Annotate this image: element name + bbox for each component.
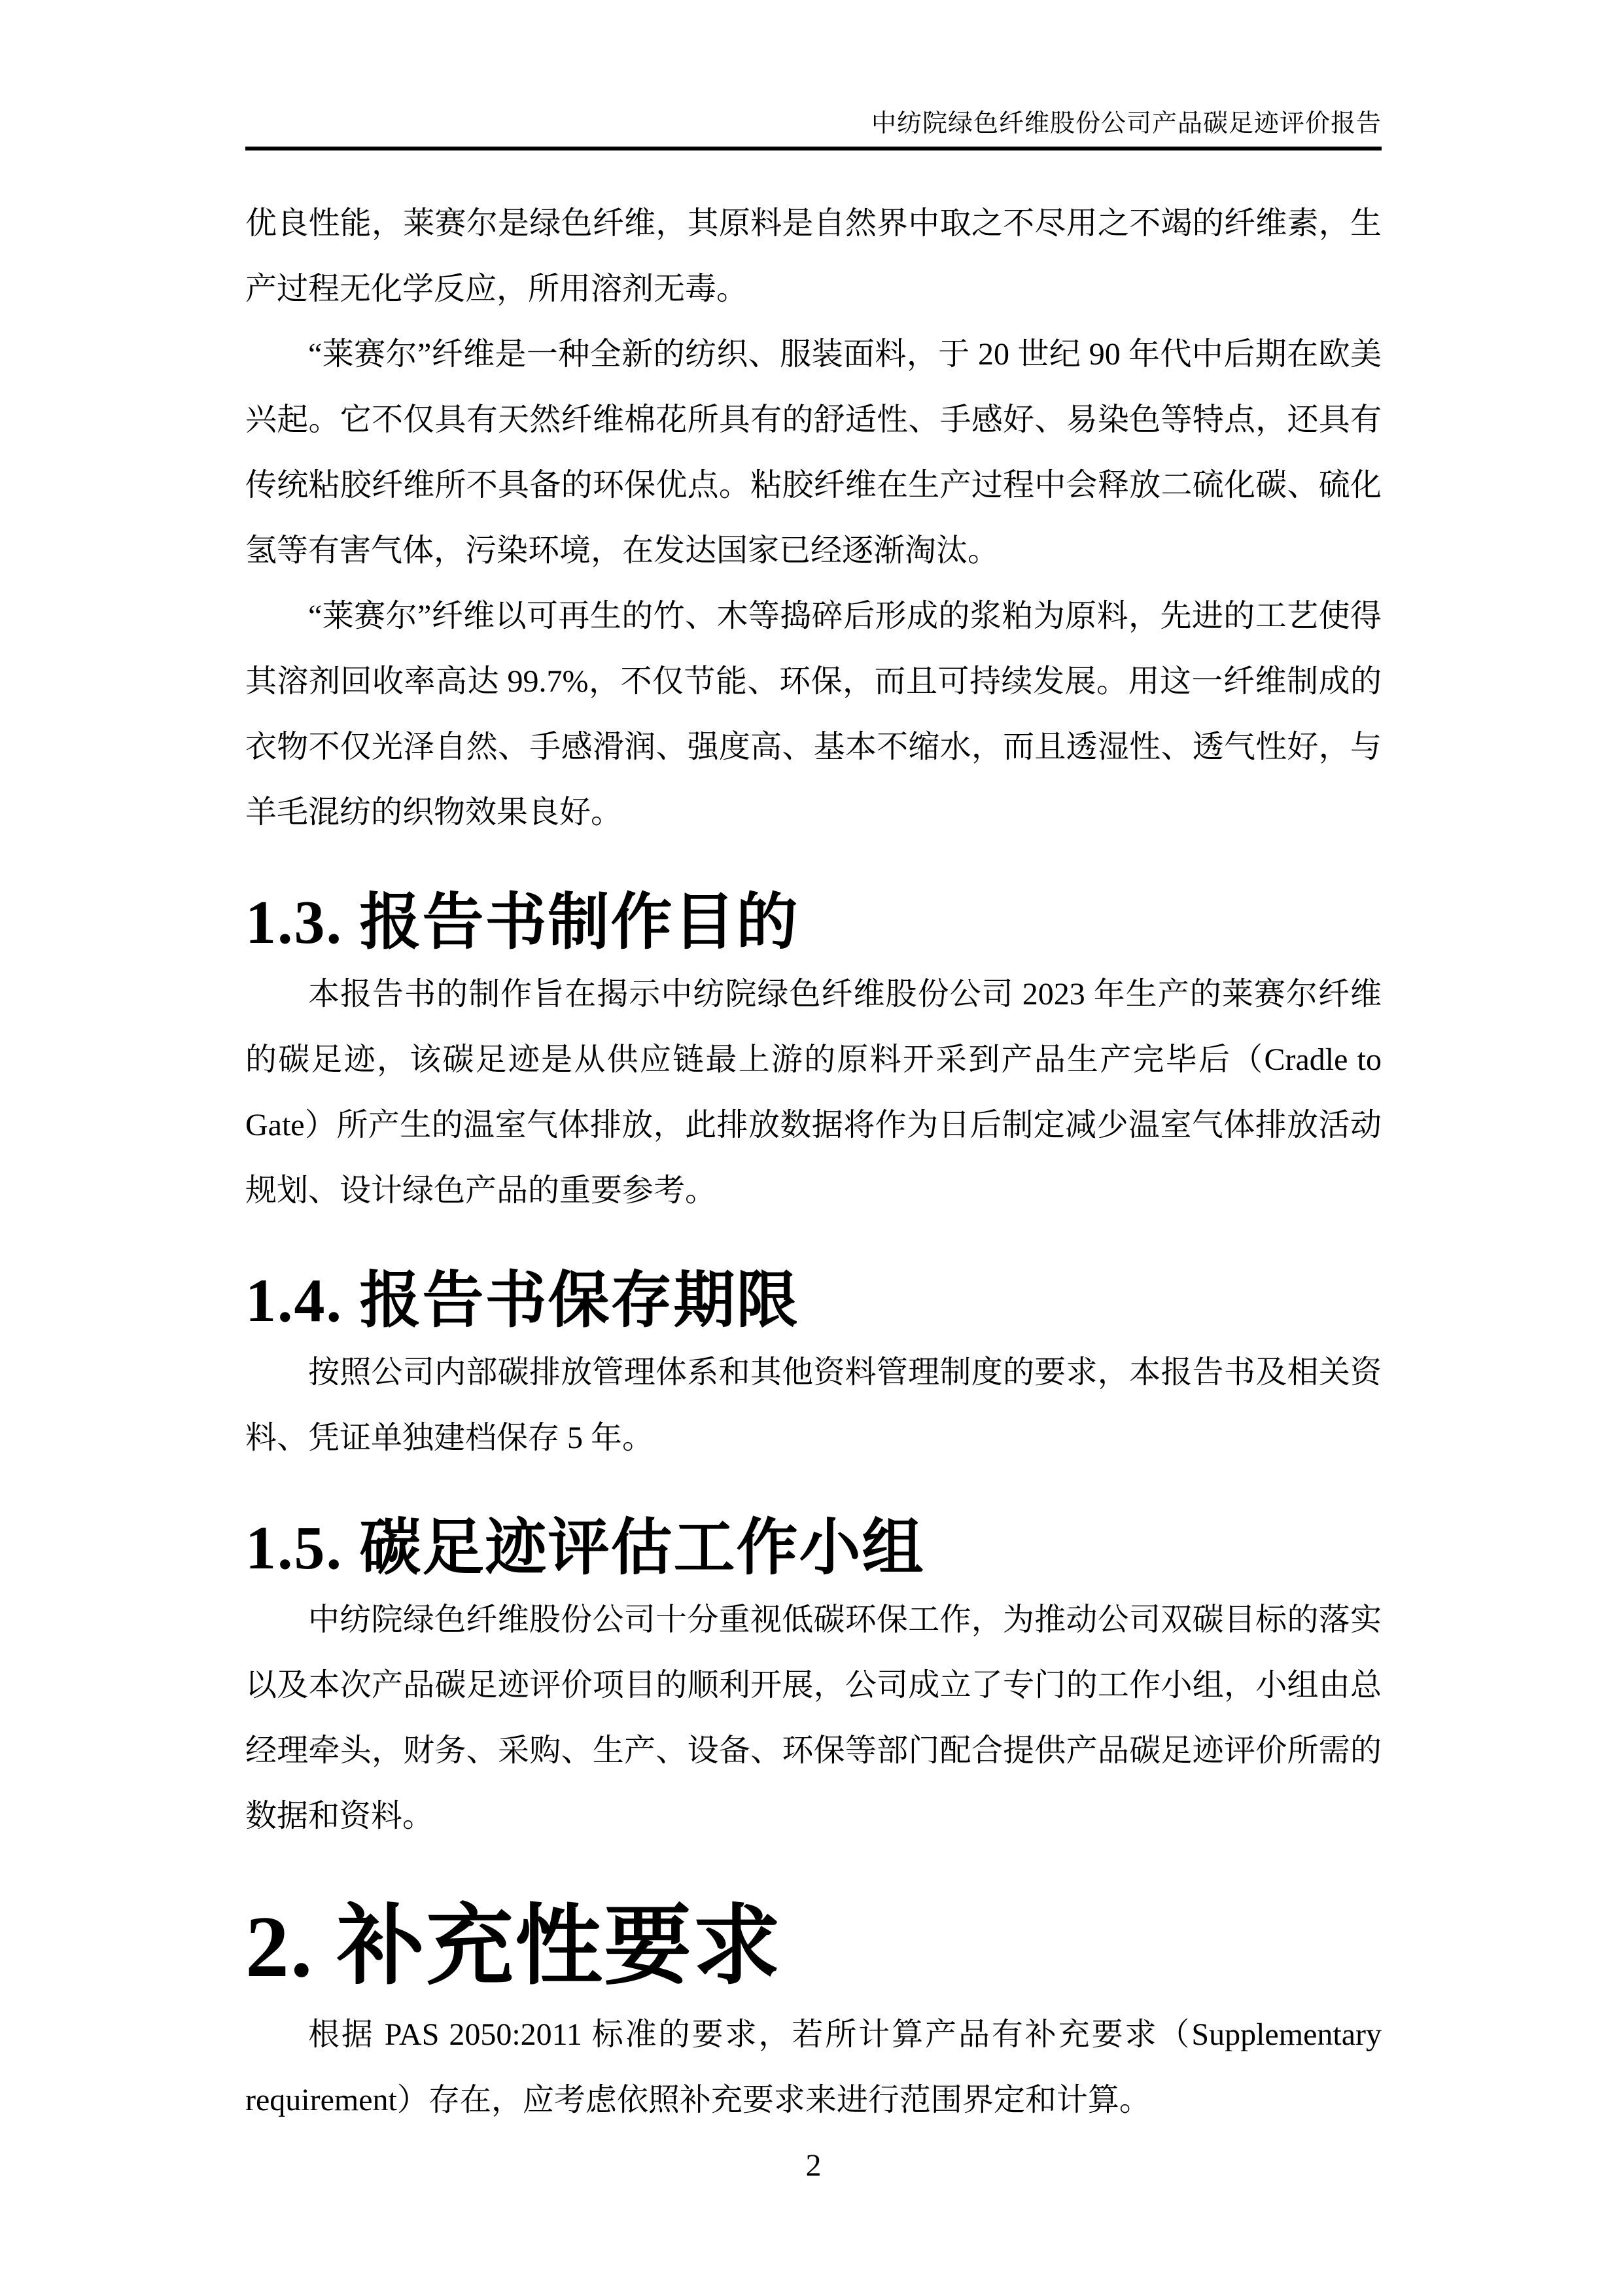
document-body: 优良性能，莱赛尔是绿色纤维，其原料是自然界中取之不尽用之不竭的纤维素，生产过程无… [245,191,1382,2199]
running-header: 中纺院绿色纤维股份公司产品碳足迹评价报告 [245,105,1382,150]
section-heading-2: 2. 补充性要求 [245,1891,1382,2002]
paragraph-lyocell-intro: “莱赛尔”纤维是一种全新的纺织、服装面料，于 20 世纪 90 年代中后期在欧美… [245,322,1382,584]
document-page: 中纺院绿色纤维股份公司产品碳足迹评价报告 优良性能，莱赛尔是绿色纤维，其原料是自… [0,0,1623,2296]
section-heading-1-4: 1.4. 报告书保存期限 [245,1262,1382,1340]
running-header-title: 中纺院绿色纤维股份公司产品碳足迹评价报告 [245,105,1382,143]
section-heading-1-3: 1.3. 报告书制作目的 [245,883,1382,962]
section-heading-1-5: 1.5. 碳足迹评估工作小组 [245,1509,1382,1587]
section-paragraph-1-4: 按照公司内部碳排放管理体系和其他资料管理制度的要求，本报告书及相关资料、凭证单独… [245,1340,1382,1471]
paragraph-continuation: 优良性能，莱赛尔是绿色纤维，其原料是自然界中取之不尽用之不竭的纤维素，生产过程无… [245,191,1382,322]
section-paragraph-2: 根据 PAS 2050:2011 标准的要求，若所计算产品有补充要求（Suppl… [245,2002,1382,2133]
paragraph-lyocell-process: “莱赛尔”纤维以可再生的竹、木等捣碎后形成的浆粕为原料，先进的工艺使得其溶剂回收… [245,584,1382,845]
page-number: 2 [245,2133,1382,2199]
section-paragraph-1-5: 中纺院绿色纤维股份公司十分重视低碳环保工作，为推动公司双碳目标的落实以及本次产品… [245,1587,1382,1849]
section-paragraph-1-3: 本报告书的制作旨在揭示中纺院绿色纤维股份公司 2023 年生产的莱赛尔纤维的碳足… [245,962,1382,1224]
